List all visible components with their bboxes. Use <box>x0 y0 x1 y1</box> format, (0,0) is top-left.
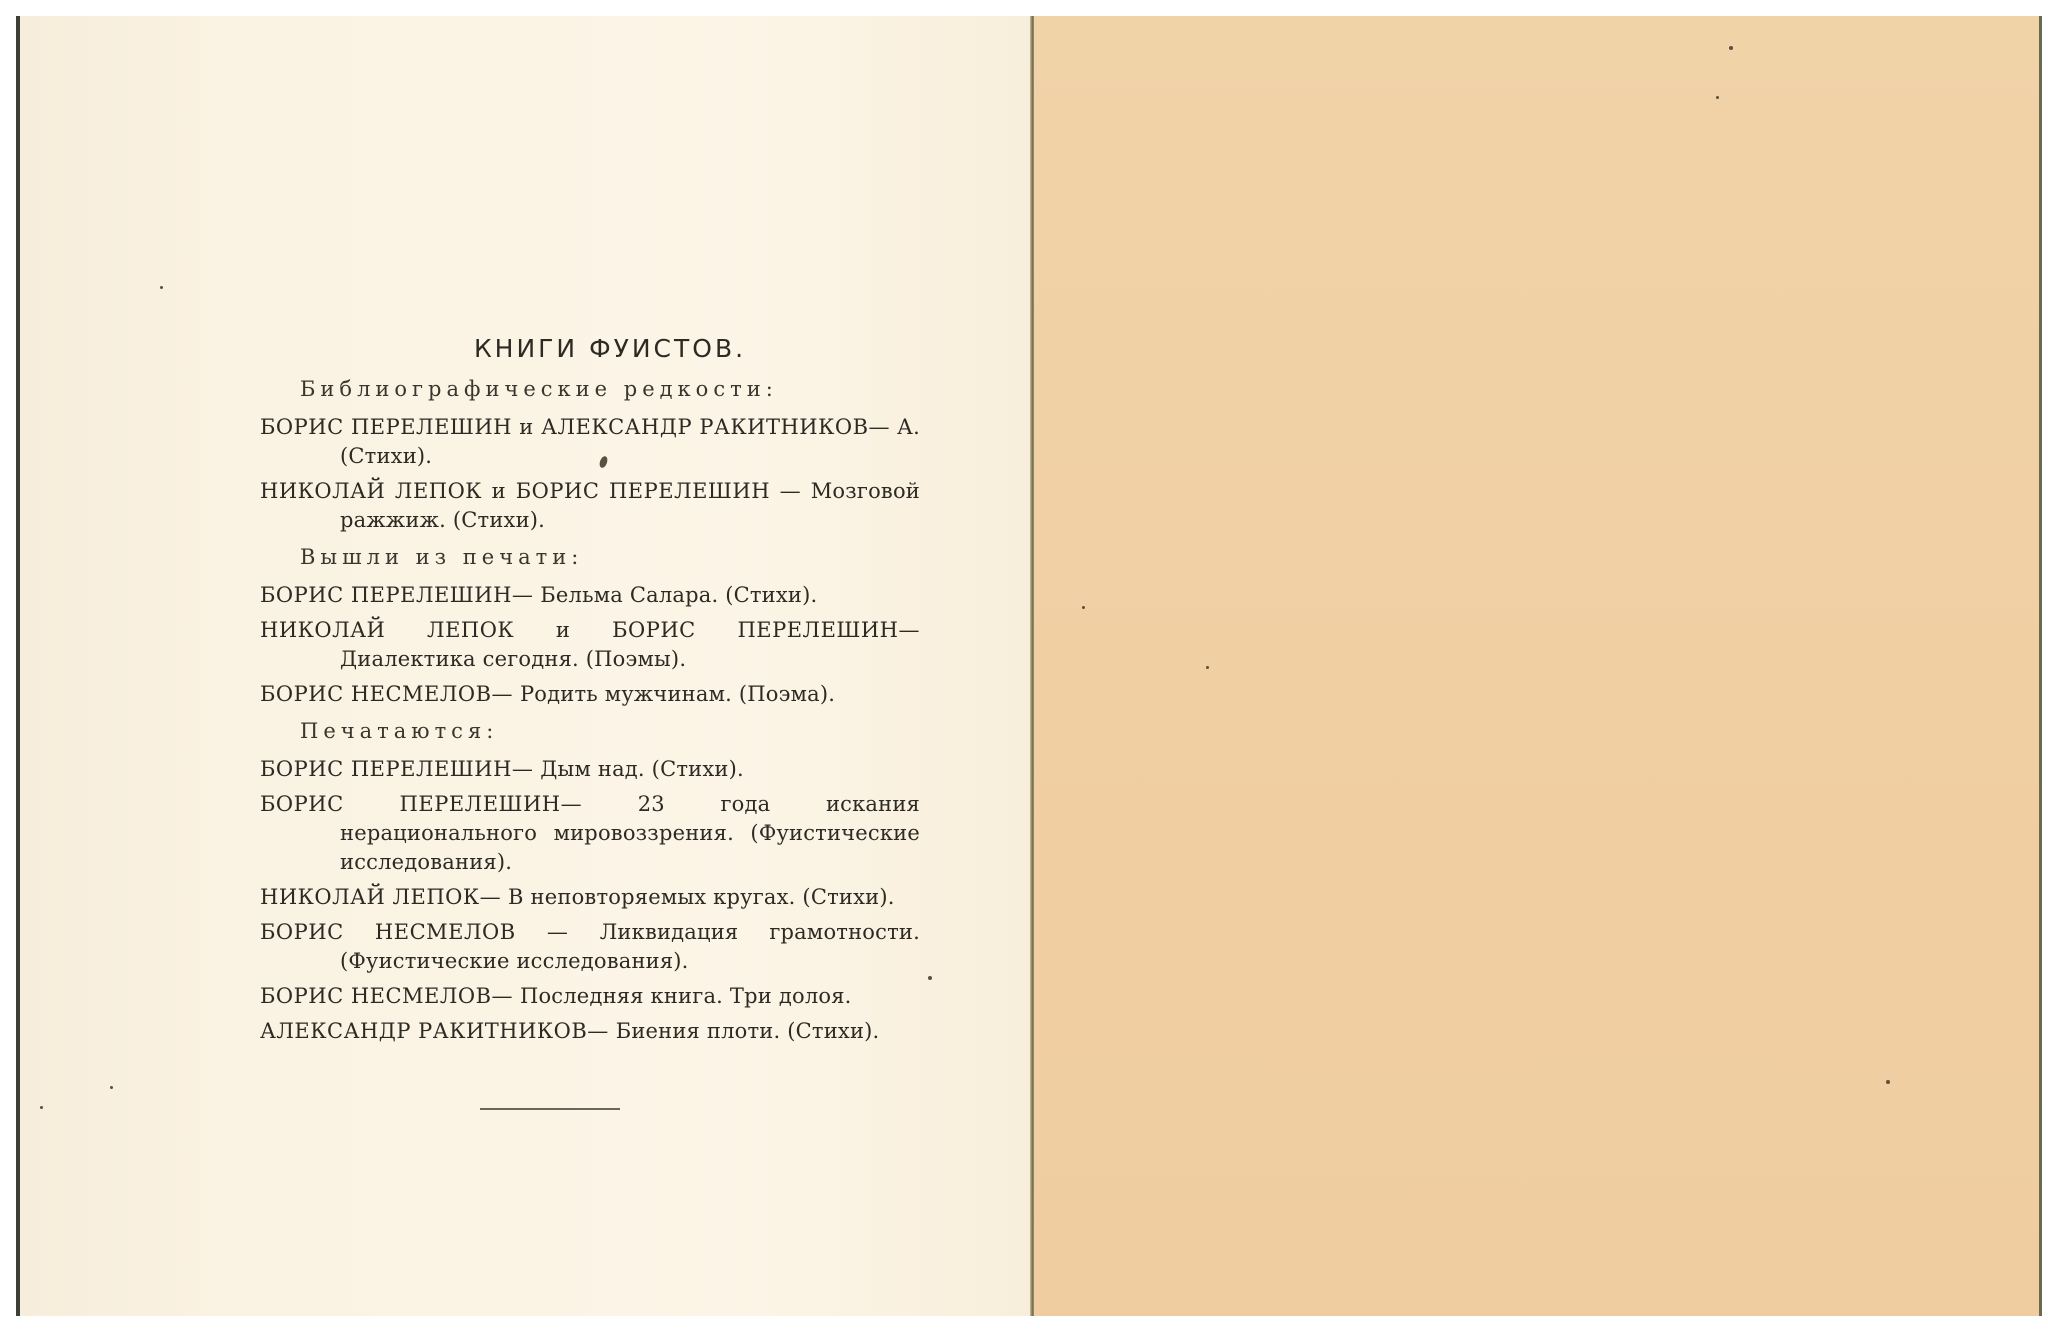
closing-rule-divider <box>480 1108 620 1110</box>
book-entry: БОРИС ПЕРЕЛЕШИН— Дым над. (Стихи). <box>260 755 920 784</box>
entry-author: БОРИС ПЕРЕЛЕШИН— <box>260 583 533 607</box>
left-page: КНИГИ ФУИСТОВ. Библиографические редкост… <box>16 16 1034 1316</box>
bleed-through-text <box>388 186 788 220</box>
section-heading-published: Вышли из печати: <box>300 545 920 569</box>
paper-speck <box>1729 46 1733 50</box>
paper-speck <box>928 976 932 980</box>
entry-author: БОРИС НЕСМЕЛОВ— <box>260 682 513 706</box>
paper-speck <box>1716 96 1719 99</box>
book-entry: НИКОЛАЙ ЛЕПОК— В неповторяемых кругах. (… <box>260 883 920 912</box>
right-page <box>1034 16 2042 1316</box>
entry-work: В неповторяемых кругах. (Стихи). <box>508 885 895 909</box>
book-entry: АЛЕКСАНДР РАКИТНИКОВ— Биения плоти. (Сти… <box>260 1017 920 1046</box>
entry-author: БОРИС ПЕРЕЛЕШИН— <box>260 792 582 816</box>
entry-author: БОРИС ПЕРЕЛЕШИН и АЛЕКСАНДР РАКИТНИКОВ— <box>260 415 890 439</box>
entry-work: Диалектика сегодня. (Поэмы). <box>340 647 686 671</box>
book-spread: КНИГИ ФУИСТОВ. Библиографические редкост… <box>16 16 2032 1316</box>
book-entry: БОРИС НЕСМЕЛОВ — Ликвидация грамотности.… <box>260 918 920 976</box>
entry-work: Последняя книга. Три долоя. <box>520 984 852 1008</box>
paper-speck <box>160 286 163 289</box>
paper-speck <box>1886 1080 1890 1084</box>
book-entry: БОРИС НЕСМЕЛОВ— Родить мужчинам. (Поэма)… <box>260 680 920 709</box>
paper-speck <box>1206 666 1209 669</box>
paper-speck <box>40 1106 43 1109</box>
entry-author: НИКОЛАЙ ЛЕПОК и БОРИС ПЕРЕЛЕШИН — <box>260 479 811 503</box>
page-title: КНИГИ ФУИСТОВ. <box>260 334 920 363</box>
paper-speck <box>110 1086 113 1089</box>
entry-author: АЛЕКСАНДР РАКИТНИКОВ— <box>260 1019 609 1043</box>
book-entry: БОРИС ПЕРЕЛЕШИН и АЛЕКСАНДР РАКИТНИКОВ— … <box>260 413 920 471</box>
entry-work: Биения плоти. (Стихи). <box>616 1019 880 1043</box>
entry-author: БОРИС НЕСМЕЛОВ— <box>260 984 513 1008</box>
book-entry: БОРИС ПЕРЕЛЕШИН— Бельма Салара. (Стихи). <box>260 581 920 610</box>
entry-author: НИКОЛАЙ ЛЕПОК— <box>260 885 501 909</box>
entry-work: Родить мужчинам. (Поэма). <box>520 682 835 706</box>
entry-author: НИКОЛАЙ ЛЕПОК и БОРИС ПЕРЕЛЕШИН— <box>260 618 920 642</box>
entry-work: Дым над. (Стихи). <box>540 757 744 781</box>
page-content: КНИГИ ФУИСТОВ. Библиографические редкост… <box>260 316 920 1110</box>
entry-author: БОРИС ПЕРЕЛЕШИН— <box>260 757 533 781</box>
book-entry: БОРИС НЕСМЕЛОВ— Последняя книга. Три дол… <box>260 982 920 1011</box>
section-heading-rarities: Библиографические редкости: <box>300 377 920 401</box>
section-heading-in-print: Печатаются: <box>300 719 920 743</box>
entry-author: БОРИС НЕСМЕЛОВ — <box>260 920 600 944</box>
book-entry: БОРИС ПЕРЕЛЕШИН— 23 года искания нерацио… <box>260 790 920 877</box>
paper-speck <box>1082 606 1085 609</box>
entry-work: Бельма Салара. (Стихи). <box>540 583 817 607</box>
book-entry: НИКОЛАЙ ЛЕПОК и БОРИС ПЕРЕЛЕШИН — Мозгов… <box>260 477 920 535</box>
book-entry: НИКОЛАЙ ЛЕПОК и БОРИС ПЕРЕЛЕШИН— Диалект… <box>260 616 920 674</box>
